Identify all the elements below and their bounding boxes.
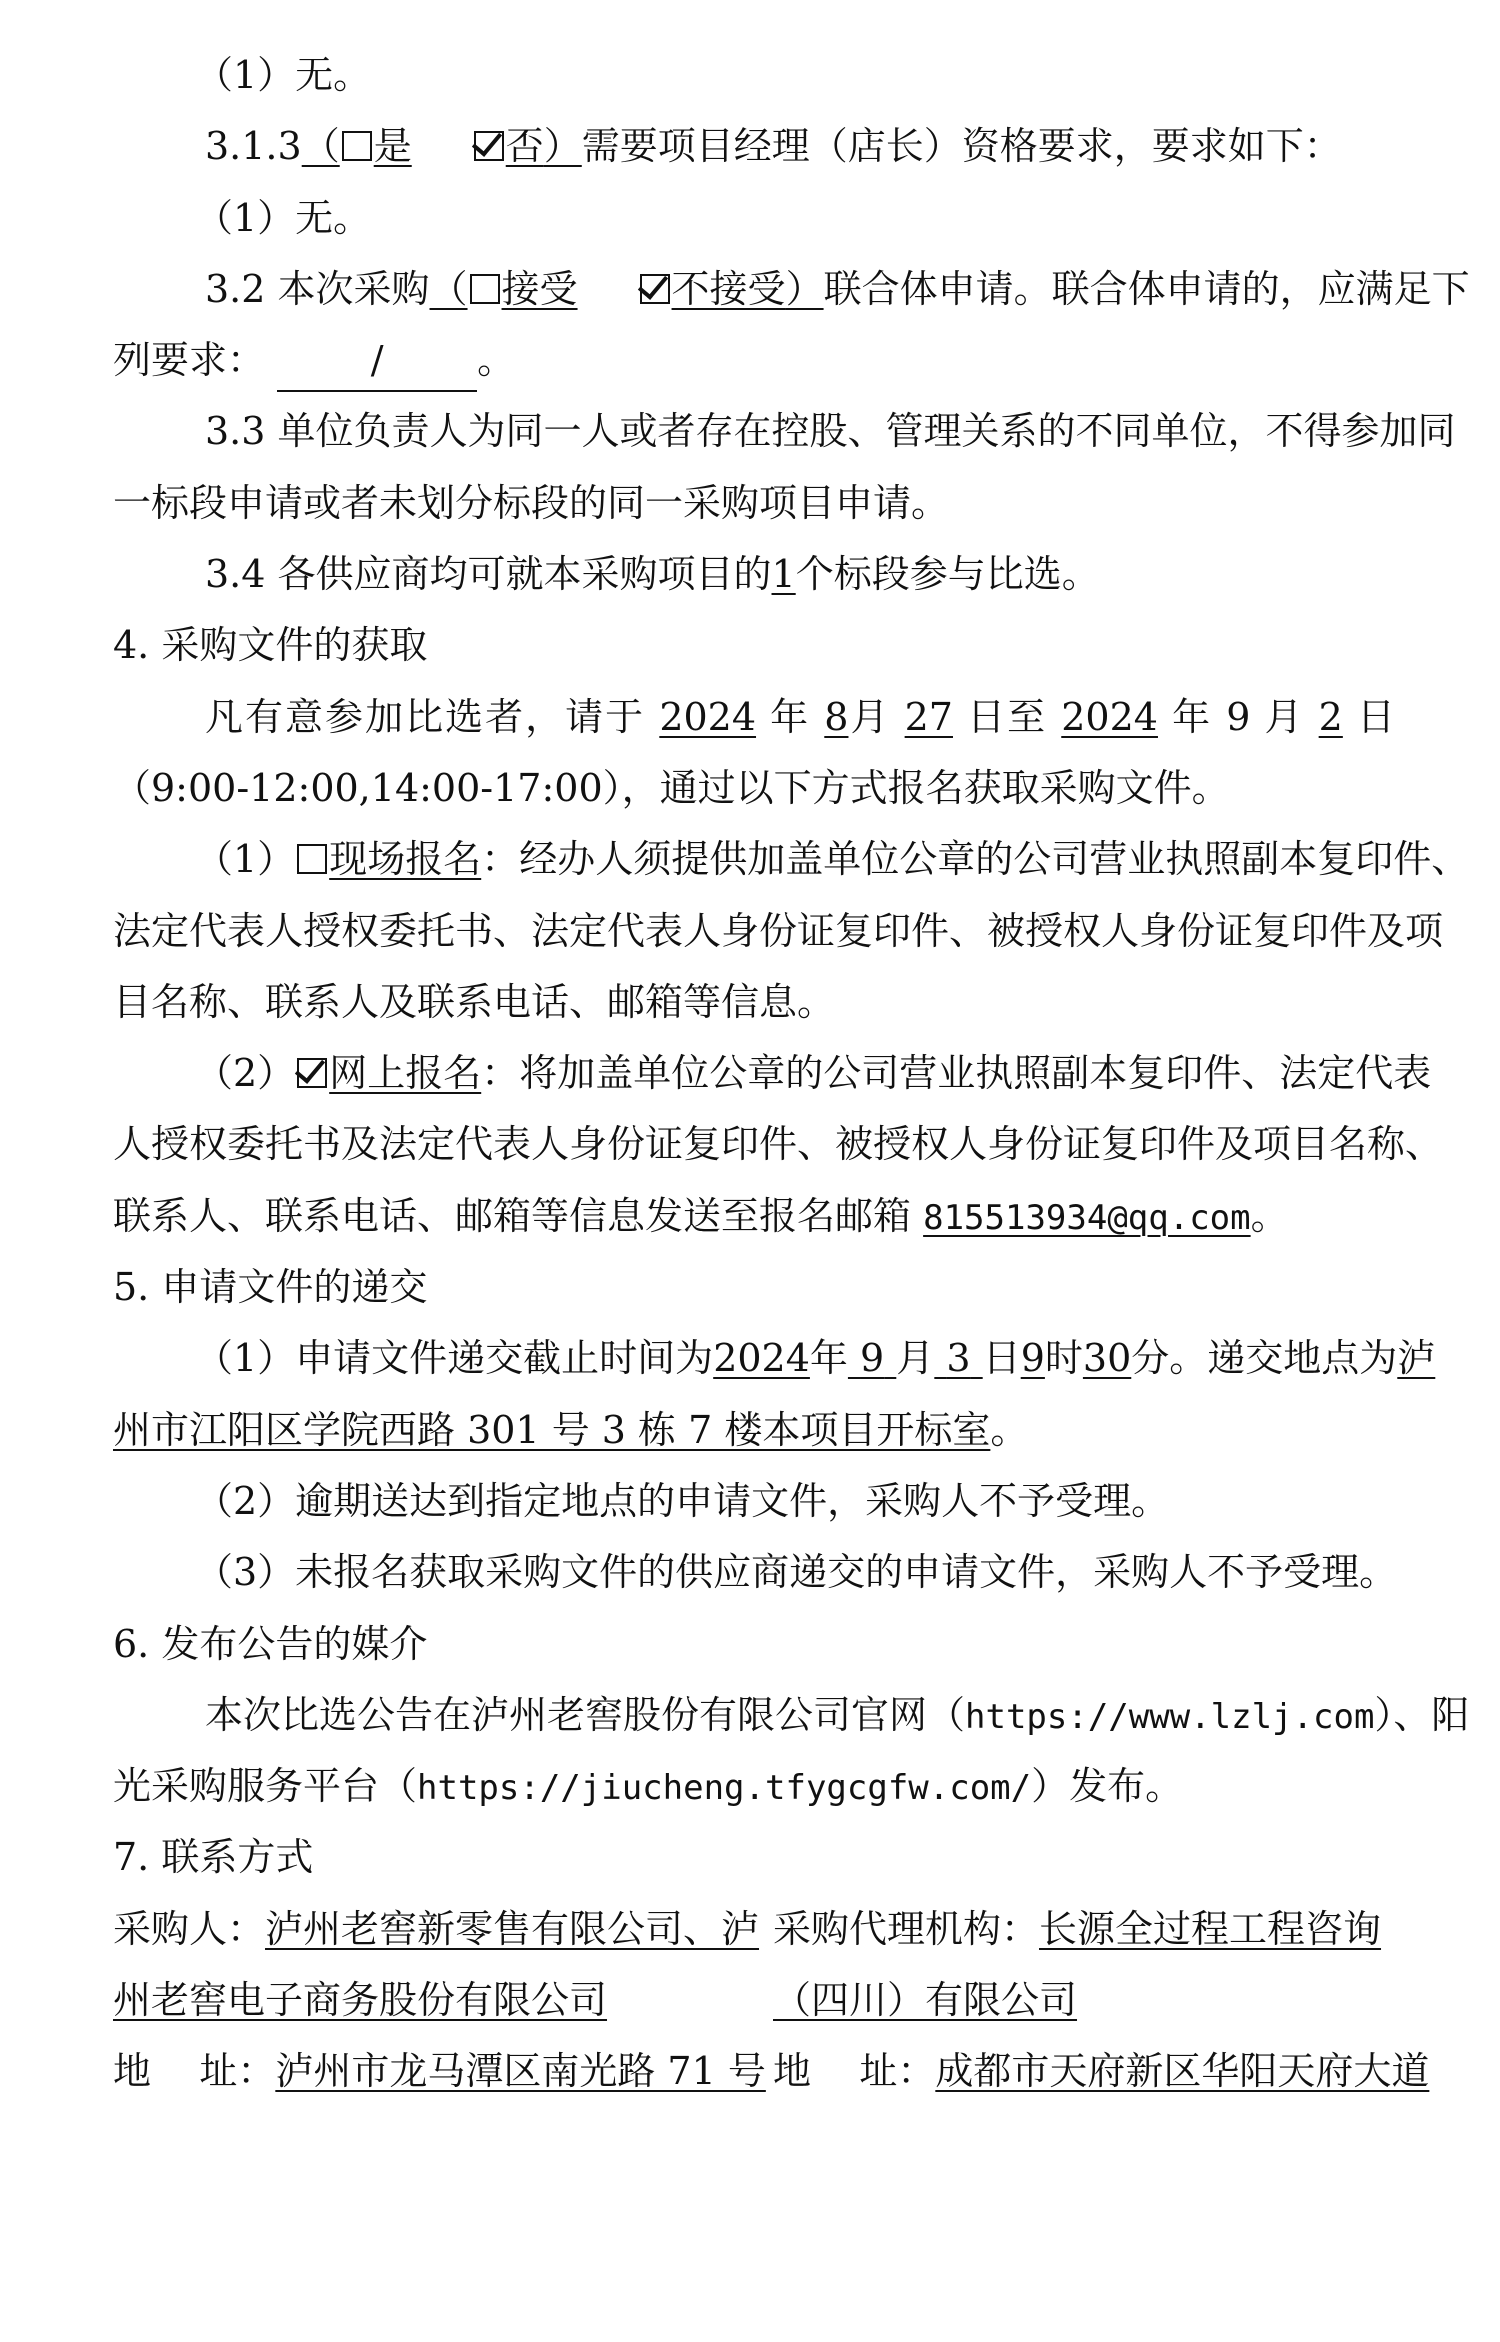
online-line2: 人授权委托书及法定代表人身份证复印件、被授权人身份证复印件及项目名称、	[113, 1109, 1395, 1180]
submission-location-part1: 泸	[1397, 1336, 1435, 1380]
sec32-line1: 3.2 本次采购（接受不接受）联合体申请。联合体申请的，应满足下	[113, 254, 1395, 325]
agent-label: 采购代理机构：	[773, 1907, 1039, 1951]
registration-email-link[interactable]: 815513934@qq.com	[923, 1198, 1251, 1238]
sec4-dates-line: 凡有意参加比选者，请于 2024 年 8月 27 日至 2024 年 9 月 2…	[113, 682, 1395, 753]
requirements-blank: /	[277, 330, 477, 392]
online-line3: 联系人、联系电话、邮箱等信息发送至报名邮箱 815513934@qq.com。	[113, 1181, 1395, 1252]
checkbox-no-checked[interactable]	[474, 131, 504, 161]
deadline-hour: 9	[1021, 1336, 1045, 1380]
sec313-line: 3.1.3（是否）需要项目经理（店长）资格要求，要求如下：	[113, 111, 1395, 182]
end-month: 9	[1226, 695, 1250, 739]
platform-url[interactable]: https://jiucheng.tfygcgfw.com/	[417, 1768, 1031, 1808]
buyer-address: 泸州市龙马潭区南光路 71 号	[275, 2049, 766, 2093]
contact-row-3: 地 址：泸州市龙马潭区南光路 71 号 地 址：成都市天府新区华阳天府大道	[113, 2036, 1395, 2107]
sec4-heading: 4. 采购文件的获取	[113, 610, 1395, 681]
buyer-name-1: 泸州老窖新零售有限公司、泸	[265, 1907, 759, 1951]
sec6-heading: 6. 发布公告的媒介	[113, 1609, 1395, 1680]
sec6-line1: 本次比选公告在泸州老窖股份有限公司官网（https://www.lzlj.com…	[113, 1680, 1395, 1751]
onsite-line2: 法定代表人授权委托书、法定代表人身份证复印件、被授权人身份证复印件及项	[113, 896, 1395, 967]
sec5-item2: （2）逾期送达到指定地点的申请文件，采购人不予受理。	[113, 1466, 1395, 1537]
checkbox-accept[interactable]	[470, 274, 500, 304]
end-day: 2	[1319, 695, 1343, 739]
agent-name-1: 长源全过程工程咨询	[1039, 1907, 1381, 1951]
sec5-item1-line2: 州市江阳区学院西路 301 号 3 栋 7 楼本项目开标室。	[113, 1395, 1395, 1466]
submission-location-part2: 州市江阳区学院西路 301 号 3 栋 7 楼本项目开标室	[113, 1408, 990, 1452]
checkbox-onsite[interactable]	[297, 844, 327, 874]
deadline-minute: 30	[1083, 1336, 1131, 1380]
buyer-name-2: 州老窖电子商务股份有限公司	[113, 1978, 607, 2022]
sec5-item3: （3）未报名获取采购文件的供应商递交的申请文件，采购人不予受理。	[113, 1537, 1395, 1608]
sec5-item1-line1: （1）申请文件递交截止时间为2024年 9 月 3 日9时30分。递交地点为泸	[113, 1323, 1395, 1394]
end-year: 2024	[1061, 695, 1158, 739]
online-registration-option[interactable]: 网上报名	[295, 1051, 481, 1095]
sec312-item: （1）无。	[113, 40, 1395, 111]
consortium-options: （接受不接受）	[430, 267, 824, 311]
sec32-line2: 列要求： /。	[113, 325, 1395, 396]
onsite-registration-option[interactable]: 现场报名	[295, 837, 481, 881]
deadline-month: 9	[848, 1336, 896, 1380]
agent-name-2: （四川）有限公司	[773, 1978, 1077, 2022]
buyer-address-label: 地 址：	[113, 2049, 275, 2093]
sec7-heading: 7. 联系方式	[113, 1822, 1395, 1893]
checkbox-yes[interactable]	[342, 131, 372, 161]
sec4-hours-line: （9:00-12:00,14:00-17:00），通过以下方式报名获取采购文件。	[113, 753, 1395, 824]
sec34-line: 3.4 各供应商均可就本采购项目的1个标段参与比选。	[113, 539, 1395, 610]
document-page: （1）无。 3.1.3（是否）需要项目经理（店长）资格要求，要求如下： （1）无…	[113, 40, 1395, 2108]
deadline-day: 3	[934, 1336, 982, 1380]
buyer-label: 采购人：	[113, 1907, 265, 1951]
start-day: 27	[905, 695, 953, 739]
deadline-year: 2024	[713, 1336, 810, 1380]
agent-address-label: 地 址：	[773, 2049, 935, 2093]
online-line1: （2）网上报名：将加盖单位公章的公司营业执照副本复印件、法定代表	[113, 1038, 1395, 1109]
contact-row-1: 采购人：泸州老窖新零售有限公司、泸 采购代理机构：长源全过程工程咨询	[113, 1894, 1395, 1965]
sec33-line2: 一标段申请或者未划分标段的同一采购项目申请。	[113, 468, 1395, 539]
sec5-heading: 5. 申请文件的递交	[113, 1252, 1395, 1323]
checkbox-online-checked[interactable]	[297, 1058, 327, 1088]
start-year: 2024	[659, 695, 756, 739]
lot-count: 1	[772, 552, 796, 596]
yes-no-options: （是否）	[302, 124, 582, 168]
onsite-line3: 目名称、联系人及联系电话、邮箱等信息。	[113, 967, 1395, 1038]
contact-row-2: 州老窖电子商务股份有限公司 （四川）有限公司	[113, 1965, 1395, 2036]
onsite-line1: （1）现场报名：经办人须提供加盖单位公章的公司营业执照副本复印件、	[113, 824, 1395, 895]
sec6-line2: 光采购服务平台（https://jiucheng.tfygcgfw.com/）发…	[113, 1751, 1395, 1822]
start-month: 8	[824, 695, 848, 739]
sec313-item: （1）无。	[113, 183, 1395, 254]
section-number: 3.1.3	[205, 124, 302, 168]
sec33-line1: 3.3 单位负责人为同一人或者存在控股、管理关系的不同单位，不得参加同	[113, 396, 1395, 467]
agent-address: 成都市天府新区华阳天府大道	[935, 2049, 1429, 2093]
official-site-url[interactable]: https://www.lzlj.com	[965, 1697, 1374, 1737]
checkbox-reject-checked[interactable]	[640, 274, 670, 304]
